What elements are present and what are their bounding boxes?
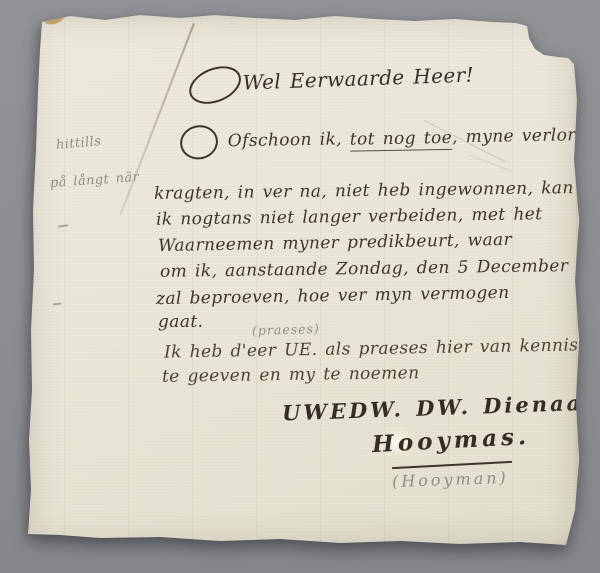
pencil-mark	[53, 303, 61, 305]
paper-shadow-wrap: hittills på långt när Wel Eerwaarde Heer…	[0, 0, 600, 573]
crease-line	[120, 23, 195, 215]
salutation-text: Wel Eerwaarde Heer!	[242, 63, 474, 95]
letter-scan: hittills på långt när Wel Eerwaarde Heer…	[0, 0, 600, 573]
body-line-5: om ik, aanstaande Zondag, den 5 December	[160, 257, 569, 281]
signature: Hooymas.	[371, 424, 530, 458]
crease-line	[424, 120, 506, 162]
closing-line: UWEDW. DW. Dienaar	[282, 391, 598, 425]
signature-pencil-gloss: (Hooyman)	[392, 469, 509, 491]
margin-note-swedish-2: på långt när	[50, 171, 140, 191]
crease-line	[468, 154, 512, 172]
margin-note-swedish-1: hittills	[55, 135, 101, 153]
body-line-2: kragten, in ver na, niet heb ingewonnen,…	[154, 179, 574, 204]
pencil-mark	[58, 224, 68, 227]
paper-stain	[378, 426, 416, 458]
salutation-line: Wel Eerwaarde Heer!	[187, 59, 474, 103]
body-line-3: ik nogtans niet langer verbeiden, met he…	[156, 205, 543, 229]
body-line-7: gaat.	[158, 313, 203, 332]
body-line-1-underlined: tot nog toe	[350, 127, 453, 151]
body-line-8: Ik heb d'eer UE. als praeses hier van ke…	[164, 336, 579, 362]
letter-paper: hittills på långt när Wel Eerwaarde Heer…	[0, 0, 600, 573]
flourish-oval	[184, 59, 247, 111]
body-line-1: Ofschoon ik, tot nog toe, myne verloren	[180, 118, 598, 159]
praeses-pencil-gloss: (praeses)	[252, 322, 320, 338]
body-line-4: Waarneemen myner predikbeurt, waar	[158, 231, 512, 256]
body-line-1-pre: Ofschoon ik,	[228, 129, 350, 151]
torn-corner-stain	[43, 13, 65, 27]
body-line-9: te geeven en my te noemen	[162, 364, 420, 386]
body-line-1-post: , myne verloren	[452, 125, 598, 148]
body-line-6: zal beproeven, hoe ver myn vermogen	[156, 284, 510, 309]
signature-underline	[392, 461, 512, 469]
flourish-oval	[177, 121, 222, 163]
